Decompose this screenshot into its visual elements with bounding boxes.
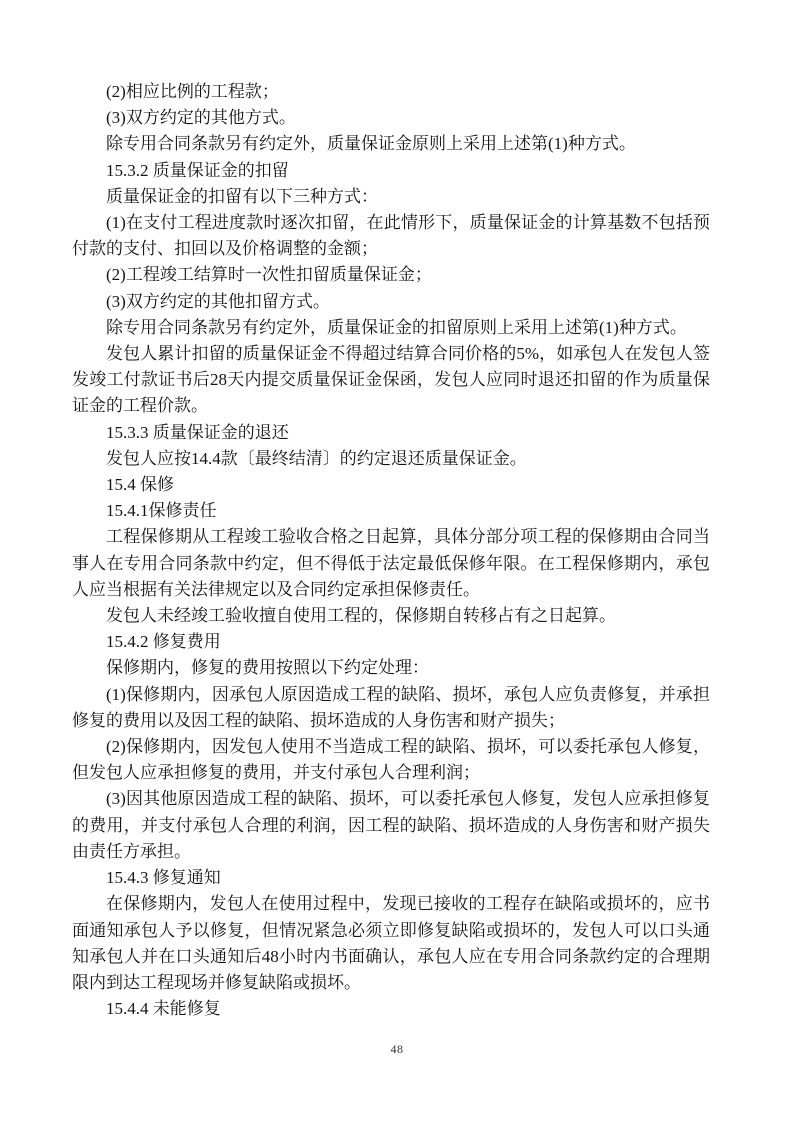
document-content: (2)相应比例的工程款； (3)双方约定的其他方式。 除专用合同条款另有约定外，… [72,79,710,1022]
para-retention-intro: 质量保证金的扣留有以下三种方式： [72,184,710,210]
item-2-settlement-retention: (2)工程竣工结算时一次性扣留质量保证金； [72,262,710,288]
para-return-provision: 发包人应按14.4款〔最终结清〕的约定退还质量保证金。 [72,446,710,472]
item-1-progressive-retention: (1)在支付工程进度款时逐次扣留，在此情形下，质量保证金的计算基数不包括预付款的… [72,210,710,262]
heading-15-4: 15.4 保修 [72,472,710,498]
item-2-employer-misuse: (2)保修期内，因发包人使用不当造成工程的缺陷、损坏，可以委托承包人修复，但发包… [72,734,710,786]
item-1-contractor-cause: (1)保修期内，因承包人原因造成工程的缺陷、损坏，承包人应负责修复，并承担修复的… [72,682,710,734]
heading-15-4-1: 15.4.1保修责任 [72,498,710,524]
item-3-other-retention: (3)双方约定的其他扣留方式。 [72,289,710,315]
page-number: 48 [391,1042,404,1056]
page-footer: 48 [0,1040,794,1058]
heading-15-3-2: 15.3.2 质量保证金的扣留 [72,158,710,184]
heading-15-4-4: 15.4.4 未能修复 [72,996,710,1022]
item-3-other-method: (3)双方约定的其他方式。 [72,105,710,131]
document-page: (2)相应比例的工程款； (3)双方约定的其他方式。 除专用合同条款另有约定外，… [0,0,794,1122]
para-repair-cost-intro: 保修期内，修复的费用按照以下约定处理： [72,655,710,681]
heading-15-4-3: 15.4.3 修复通知 [72,865,710,891]
para-early-use: 发包人未经竣工验收擅自使用工程的，保修期自转移占有之日起算。 [72,603,710,629]
heading-15-3-3: 15.3.3 质量保证金的退还 [72,420,710,446]
para-default-method: 除专用合同条款另有约定外，质量保证金原则上采用上述第(1)种方式。 [72,131,710,157]
item-2-proportional-payment: (2)相应比例的工程款； [72,79,710,105]
para-retention-limit: 发包人累计扣留的质量保证金不得超过结算合同价格的5%，如承包人在发包人签发竣工付… [72,341,710,420]
para-repair-notice: 在保修期内，发包人在使用过程中，发现已接收的工程存在缺陷或损坏的，应书面通知承包… [72,891,710,996]
para-default-retention: 除专用合同条款另有约定外，质量保证金的扣留原则上采用上述第(1)种方式。 [72,315,710,341]
heading-15-4-2: 15.4.2 修复费用 [72,629,710,655]
item-3-other-cause: (3)因其他原因造成工程的缺陷、损坏，可以委托承包人修复，发包人应承担修复的费用… [72,786,710,865]
para-warranty-period: 工程保修期从工程竣工验收合格之日起算，具体分部分项工程的保修期由合同当事人在专用… [72,524,710,603]
